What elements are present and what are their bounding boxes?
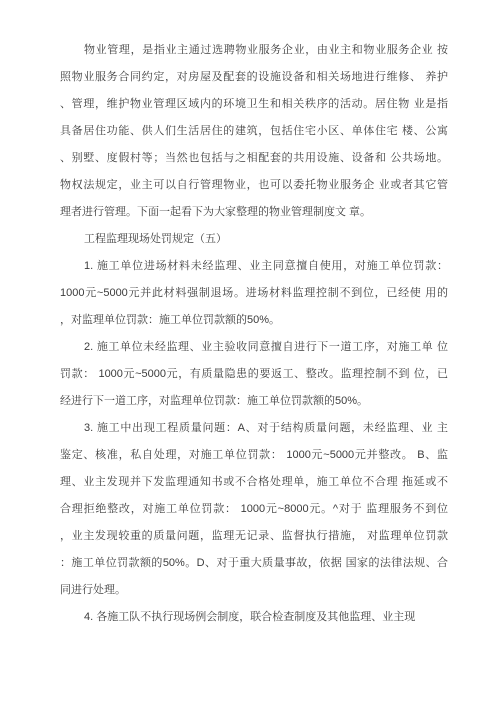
text-line: 理者进行管理。下面一起看下为大家整理的物业管理制度文 章。 <box>60 199 448 226</box>
text-line: 罚款： 1000元~5000元，有质量隐患的要返工、整改。监理控制不到 位，已 <box>60 361 448 388</box>
document-page: 物业管理，是指业主通过选聘物业服务企业，由业主和物业服务企业 按照物业服务合同约… <box>0 0 500 707</box>
text-line: 1000元~5000元并此材料强制退场。进场材料监理控制不到位，已经使 用的 <box>60 280 448 307</box>
text-line: 2. 施工单位未经监理、业主验收同意擅自进行下一道工序，对施工单 位 <box>60 334 448 361</box>
text-line: 1. 施工单位进场材料未经监理、业主同意擅自使用，对施工单位罚款： <box>60 253 448 280</box>
text-line: 具备居住功能、供人们生活居住的建筑，包括住宅小区、单体住宅 楼、公寓 <box>60 118 448 145</box>
text-line: ：施工单位罚款额的50%。D、对于重大质量事故，依据 国家的法律法规、合 <box>60 550 448 577</box>
text-line: 理、业主发现并下发监理通知书或不合格处理单，施工单位不合理 拖延或不 <box>60 469 448 496</box>
text-line: 、管理，维护物业管理区域内的环境卫生和相关秩序的活动。居住物 业是指 <box>60 91 448 118</box>
text-line: 经进行下一道工序，对监理单位罚款：施工单位罚款额的50%。 <box>60 388 448 415</box>
text-line: 合理拒绝整改，对施工单位罚款： 1000元~8000元。^对于 监理服务不到位 <box>60 496 448 523</box>
text-line: ，对监理单位罚款：施工单位罚款额的50%。 <box>60 307 448 334</box>
document-body: 物业管理，是指业主通过选聘物业服务企业，由业主和物业服务企业 按照物业服务合同约… <box>60 37 448 631</box>
text-line: 3. 施工中出现工程质量问题：A、对于结构质量问题，未经监理、业 主 <box>60 415 448 442</box>
document-heading: 工程监理现场处罚规定（五） <box>60 226 448 253</box>
text-line: 鉴定、核准，私自处理，对施工单位罚款： 1000元~5000元并整改。 B、监 <box>60 442 448 469</box>
text-line: 照物业服务合同约定，对房屋及配套的设施设备和相关场地进行维修、 养护 <box>60 64 448 91</box>
text-line: 物权法规定，业主可以自行管理物业，也可以委托物业服务企 业或者其它管 <box>60 172 448 199</box>
text-line: ，业主发现较重的质量问题，监理无记录、监督执行措施， 对监理单位罚款 <box>60 523 448 550</box>
text-line: 同进行处理。 <box>60 577 448 604</box>
text-line: 物业管理，是指业主通过选聘物业服务企业，由业主和物业服务企业 按 <box>60 37 448 64</box>
text-line: 4. 各施工队不执行现场例会制度，联合检查制度及其他监理、业主现 <box>60 604 448 631</box>
text-line: 、别墅、度假村等；当然也包括与之相配套的共用设施、设备和 公共场地。 <box>60 145 448 172</box>
